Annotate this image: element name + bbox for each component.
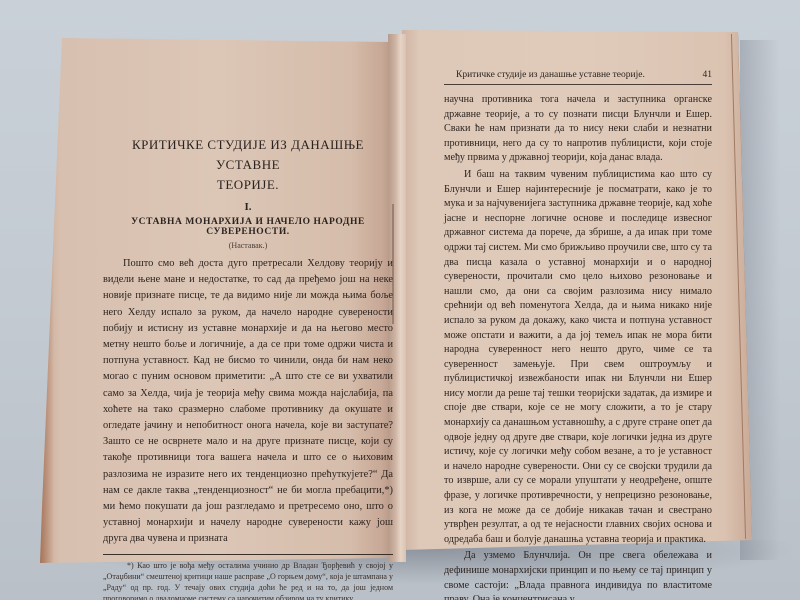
chapter-title-line-2: ТЕОРИЈЕ. [103,175,393,195]
continued-note: (Наставак.) [103,241,393,250]
page-number: 41 [703,70,713,80]
chapter-title: КРИТИЧКЕ СТУДИЈЕ ИЗ ДАНАШЊЕ УСТАВНЕ ТЕОР… [103,135,393,195]
chapter-title-line-1: КРИТИЧКЕ СТУДИЈЕ ИЗ ДАНАШЊЕ УСТАВНЕ [103,135,393,175]
right-page-text: Критичке студије из данашње уставне теор… [444,70,712,600]
section-title: УСТАВНА МОНАРХИЈА И НАЧЕЛО НАРОДНЕ СУВЕР… [103,217,393,237]
body-paragraph: научна противника тога начела и заступни… [444,93,712,166]
section-number: I. [103,201,393,213]
body-paragraph: Пошто смо већ доста дуго претресали Хелд… [103,256,393,548]
footnote-divider [103,554,393,555]
running-head-title: Критичке студије из данашње уставне теор… [456,70,645,80]
body-paragraph: И баш на таквим чувеним публицистима као… [444,168,712,547]
running-head: Критичке студије из данашње уставне теор… [444,70,712,85]
body-paragraph: Да узмемо Блунчлија. Он пре свега обележ… [444,549,712,600]
left-page-text: КРИТИЧКЕ СТУДИЈЕ ИЗ ДАНАШЊЕ УСТАВНЕ ТЕОР… [103,135,393,600]
footnote: *) Као што је вођа међу осталима учинио … [103,560,393,600]
foxed-page-edge [40,38,54,563]
